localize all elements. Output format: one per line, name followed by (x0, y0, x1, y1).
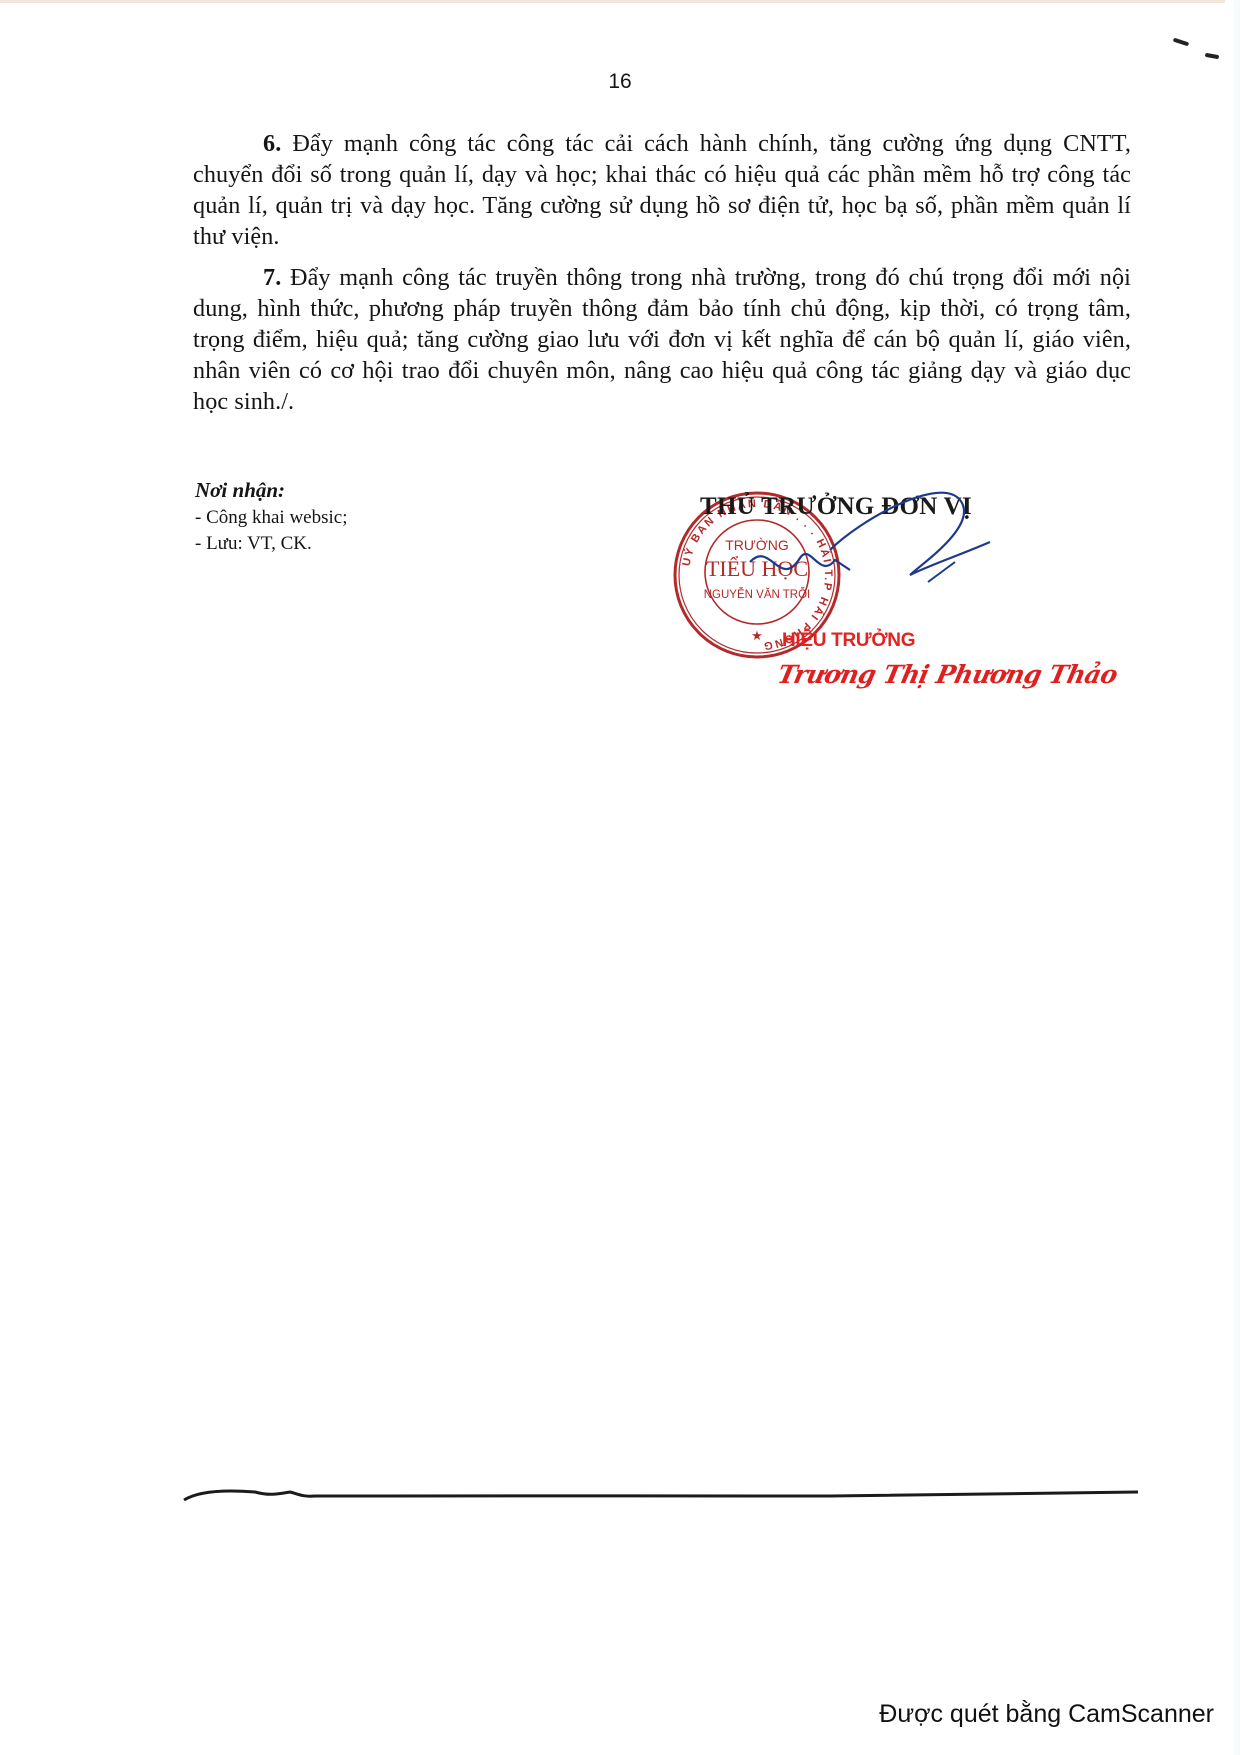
paragraph-7: 7. Đẩy mạnh công tác truyền thông trong … (193, 262, 1131, 417)
page-number: 16 (0, 70, 1240, 94)
paragraph-number: 6. (263, 130, 281, 157)
scan-right-edge (1234, 0, 1240, 1755)
scan-top-edge (0, 0, 1225, 3)
paragraph-text: Đẩy mạnh công tác truyền thông trong nhà… (193, 264, 1131, 415)
document-body: 6. Đẩy mạnh công tác công tác cải cách h… (193, 128, 1131, 427)
scan-artifact-mark (1205, 53, 1219, 59)
recipients-title: Nơi nhận: (195, 477, 348, 503)
paragraph-number: 7. (263, 264, 281, 291)
recipients-block: Nơi nhận: - Công khai websic; - Lưu: VT,… (195, 477, 348, 557)
paragraph-text: Đẩy mạnh công tác công tác cải cách hành… (193, 130, 1131, 250)
recipient-item: - Công khai websic; (195, 505, 348, 531)
scan-artifact-mark (1173, 38, 1189, 47)
signature-block: UỶ BAN NHÂN DÂN . . . HẢI T.P HẢI PHÒNG … (660, 480, 1120, 730)
camscanner-watermark: Được quét bằng CamScanner (879, 1700, 1214, 1729)
signatory-name: Trương Thị Phương Thảo (775, 660, 1120, 689)
handwritten-signature-icon (660, 480, 1120, 730)
signatory-role: HIỆU TRƯỞNG (782, 630, 915, 652)
footer-rule (180, 1480, 1140, 1510)
recipient-item: - Lưu: VT, CK. (195, 531, 348, 557)
paragraph-6: 6. Đẩy mạnh công tác công tác cải cách h… (193, 128, 1131, 252)
